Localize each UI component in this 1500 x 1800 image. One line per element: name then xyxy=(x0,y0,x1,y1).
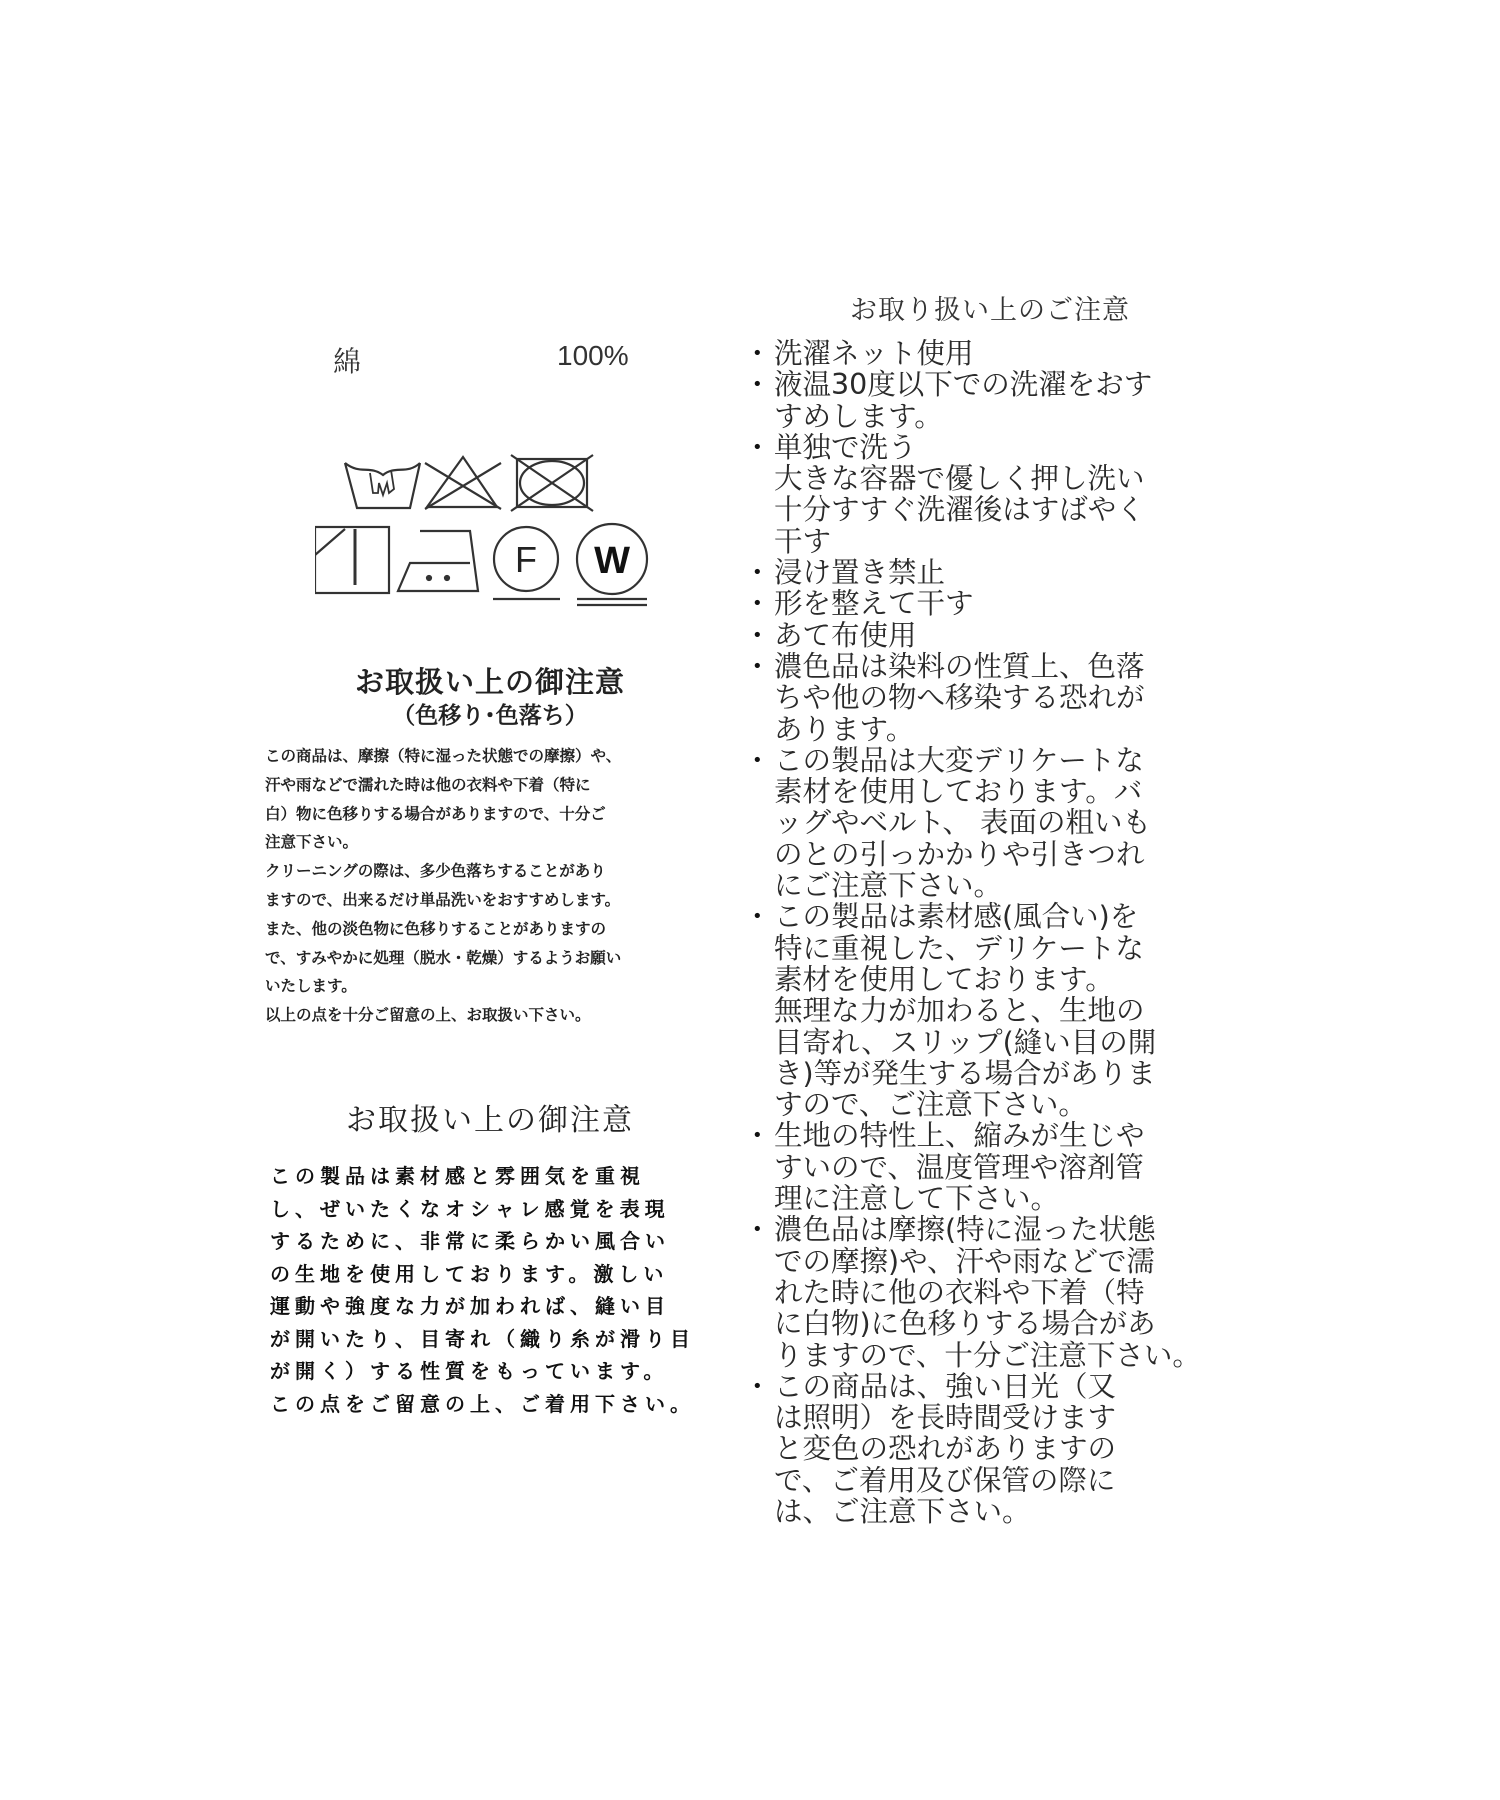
care-notice-item: • この商品は、強い日光（又 は照明）を長時間受けます と変色の恐れがありますの… xyxy=(752,1371,1252,1527)
notice-1-line: 汗や雨などで濡れた時は他の衣料や下着（特に xyxy=(265,771,705,800)
care-notice-line: 濃色品は染料の性質上、色落 xyxy=(774,651,1252,682)
bullet-icon: • xyxy=(752,620,763,651)
care-notice-item: • 洗濯ネット使用 xyxy=(752,338,1252,369)
care-notice-line: 無理な力が加わると、生地の xyxy=(774,995,1252,1026)
care-notice-line: き)等が発生する場合がありま xyxy=(774,1058,1252,1089)
notice-2-line: が開いたり、目寄れ（織り糸が滑り目 xyxy=(270,1323,710,1356)
fiber-percent: 100% xyxy=(557,340,629,372)
notice-2-line: が開く）する性質をもっています。 xyxy=(270,1355,710,1388)
notice-1-line: ますので、出来るだけ単品洗いをおすすめします。 xyxy=(265,886,705,915)
notice-1-line: 以上の点を十分ご留意の上、お取扱い下さい。 xyxy=(265,1001,705,1030)
care-notice-line: 理に注意して下さい。 xyxy=(774,1183,1252,1214)
care-notice-line: での摩擦)や、汗や雨などで濡 xyxy=(774,1246,1252,1277)
care-notice-line: この製品は大変デリケートな xyxy=(774,745,1252,776)
care-notice-line: は、ご注意下さい。 xyxy=(774,1496,1252,1527)
no-tumble-dry-icon xyxy=(511,455,593,511)
care-notice-line: と変色の恐れがありますの xyxy=(774,1433,1252,1464)
notice-2-line: この点をご留意の上、ご着用下さい。 xyxy=(270,1388,710,1421)
notice-2-title: お取扱い上の御注意 xyxy=(290,1095,690,1139)
care-notice-item: • 浸け置き禁止 xyxy=(752,557,1252,588)
bullet-icon: • xyxy=(752,432,763,463)
no-bleach-icon xyxy=(425,457,501,509)
care-notice-line: 浸け置き禁止 xyxy=(774,557,1252,588)
notice-1-title: お取扱い上の御注意 xyxy=(300,660,680,701)
bullet-icon: • xyxy=(752,1371,763,1402)
notice-1-line: また、他の淡色物に色移りすることがありますの xyxy=(265,915,705,944)
care-notice-line: は照明）を長時間受けます xyxy=(774,1402,1252,1433)
bullet-icon: • xyxy=(752,1214,763,1245)
care-notice-line: で、ご着用及び保管の際に xyxy=(774,1465,1252,1496)
care-notice-line: 洗濯ネット使用 xyxy=(774,338,1252,369)
care-notice-item: • この製品は素材感(風合い)を 特に重視した、デリケートな 素材を使用しており… xyxy=(752,901,1252,1120)
care-notice-line: あて布使用 xyxy=(774,620,1252,651)
care-notice-line: この商品は、強い日光（又 xyxy=(774,1371,1252,1402)
care-notice-item: • この製品は大変デリケートな 素材を使用しております。バ ッグやベルト、 表面… xyxy=(752,745,1252,901)
care-notice-line: 十分すすぐ洗濯後はすばやく xyxy=(774,494,1252,525)
care-notice-line: 特に重視した、デリケートな xyxy=(774,933,1252,964)
bullet-icon: • xyxy=(752,588,763,619)
care-symbols: F W xyxy=(315,445,675,615)
notice-1-line: 白）物に色移りする場合がありますので、十分ご xyxy=(265,800,705,829)
care-notice-line: すので、ご注意下さい。 xyxy=(774,1089,1252,1120)
care-notice-line: れた時に他の衣料や下着（特 xyxy=(774,1277,1252,1308)
bullet-icon: • xyxy=(752,651,763,682)
wet-clean-w-icon: W xyxy=(577,524,647,605)
notice-1-subtitle: （色移り･色落ち） xyxy=(300,697,680,730)
notice-1-line: クリーニングの際は、多少色落ちすることがあり xyxy=(265,857,705,886)
notice-2-line: するために、非常に柔らかい風合い xyxy=(270,1225,710,1258)
care-notice-line: にご注意下さい。 xyxy=(774,870,1252,901)
care-notice-item: • 液温30度以下での洗濯をおす すめします。 xyxy=(752,369,1252,432)
care-notice-line: 濃色品は摩擦(特に湿った状態 xyxy=(774,1214,1252,1245)
notice-1-line: 注意下さい。 xyxy=(265,828,705,857)
care-notice-line: のとの引っかかりや引きつれ xyxy=(774,839,1252,870)
svg-text:F: F xyxy=(515,539,537,580)
care-notice-line: 素材を使用しております。バ xyxy=(774,776,1252,807)
care-notice-line: 形を整えて干す xyxy=(774,588,1252,619)
care-notice-line: 液温30度以下での洗濯をおす xyxy=(774,369,1252,400)
svg-text:W: W xyxy=(594,540,630,582)
bullet-icon: • xyxy=(752,901,763,932)
care-notice-item: • あて布使用 xyxy=(752,620,1252,651)
fiber-name: 綿 xyxy=(333,340,361,380)
care-notice-line: りますので、十分ご注意下さい。 xyxy=(774,1340,1252,1371)
care-notice-line: 干す xyxy=(774,526,1252,557)
care-notice-item: • 濃色品は摩擦(特に湿った状態 での摩擦)や、汗や雨などで濡 れた時に他の衣料… xyxy=(752,1214,1252,1370)
iron-medium-icon xyxy=(398,531,478,591)
notice-2-line: この製品は素材感と雰囲気を重視 xyxy=(270,1160,710,1193)
care-notice-line: に白物)に色移りする場合があ xyxy=(774,1308,1252,1339)
care-notice-line: 素材を使用しております。 xyxy=(774,964,1252,995)
care-notice-line: あります。 xyxy=(774,714,1252,745)
bullet-icon: • xyxy=(752,369,763,400)
care-notice-title: お取り扱い上のご注意 xyxy=(770,288,1210,327)
care-notice-line: 大きな容器で優しく押し洗い xyxy=(774,463,1252,494)
bullet-icon: • xyxy=(752,745,763,776)
bullet-icon: • xyxy=(752,338,763,369)
notice-1-line: で、すみやかに処理（脱水・乾燥）するようお願い xyxy=(265,944,705,973)
care-notice-list: • 洗濯ネット使用 • 液温30度以下での洗濯をおす すめします。 • 単独で洗… xyxy=(752,338,1252,1527)
care-notice-line: この製品は素材感(風合い)を xyxy=(774,901,1252,932)
care-notice-line: 目寄れ、スリップ(縫い目の開 xyxy=(774,1027,1252,1058)
notice-2-line: 運動や強度な力が加われば、縫い目 xyxy=(270,1290,710,1323)
notice-1-line: この商品は、摩擦（特に湿った状態での摩擦）や、 xyxy=(265,742,705,771)
care-notice-line: すいので、温度管理や溶剤管 xyxy=(774,1152,1252,1183)
shade-line-dry-icon xyxy=(315,527,389,593)
care-notice-item: • 形を整えて干す xyxy=(752,588,1252,619)
bullet-icon: • xyxy=(752,1120,763,1151)
dry-clean-f-icon: F xyxy=(493,527,560,599)
care-notice-item: • 生地の特性上、縮みが生じや すいので、温度管理や溶剤管 理に注意して下さい。 xyxy=(752,1120,1252,1214)
care-notice-line: ちや他の物へ移染する恐れが xyxy=(774,682,1252,713)
care-notice-item: • 濃色品は染料の性質上、色落 ちや他の物へ移染する恐れが あります。 xyxy=(752,651,1252,745)
notice-2-line: の生地を使用しております。激しい xyxy=(270,1258,710,1291)
care-notice-line: 生地の特性上、縮みが生じや xyxy=(774,1120,1252,1151)
notice-2-line: し、ぜいたくなオシャレ感覚を表現 xyxy=(270,1193,710,1226)
notice-1-line: いたします。 xyxy=(265,972,705,1001)
hand-wash-icon xyxy=(345,463,420,508)
care-notice-item: • 単独で洗う 大きな容器で優しく押し洗い 十分すすぐ洗濯後はすばやく 干す xyxy=(752,432,1252,557)
bullet-icon: • xyxy=(752,557,763,588)
notice-2-body: この製品は素材感と雰囲気を重視 し、ぜいたくなオシャレ感覚を表現 するために、非… xyxy=(270,1160,710,1420)
care-notice-line: ッグやベルト、 表面の粗いも xyxy=(774,807,1252,838)
notice-1-body: この商品は、摩擦（特に湿った状態での摩擦）や、 汗や雨などで濡れた時は他の衣料や… xyxy=(265,742,705,1030)
care-notice-line: 単独で洗う xyxy=(774,432,1252,463)
care-notice-line: すめします。 xyxy=(774,401,1252,432)
